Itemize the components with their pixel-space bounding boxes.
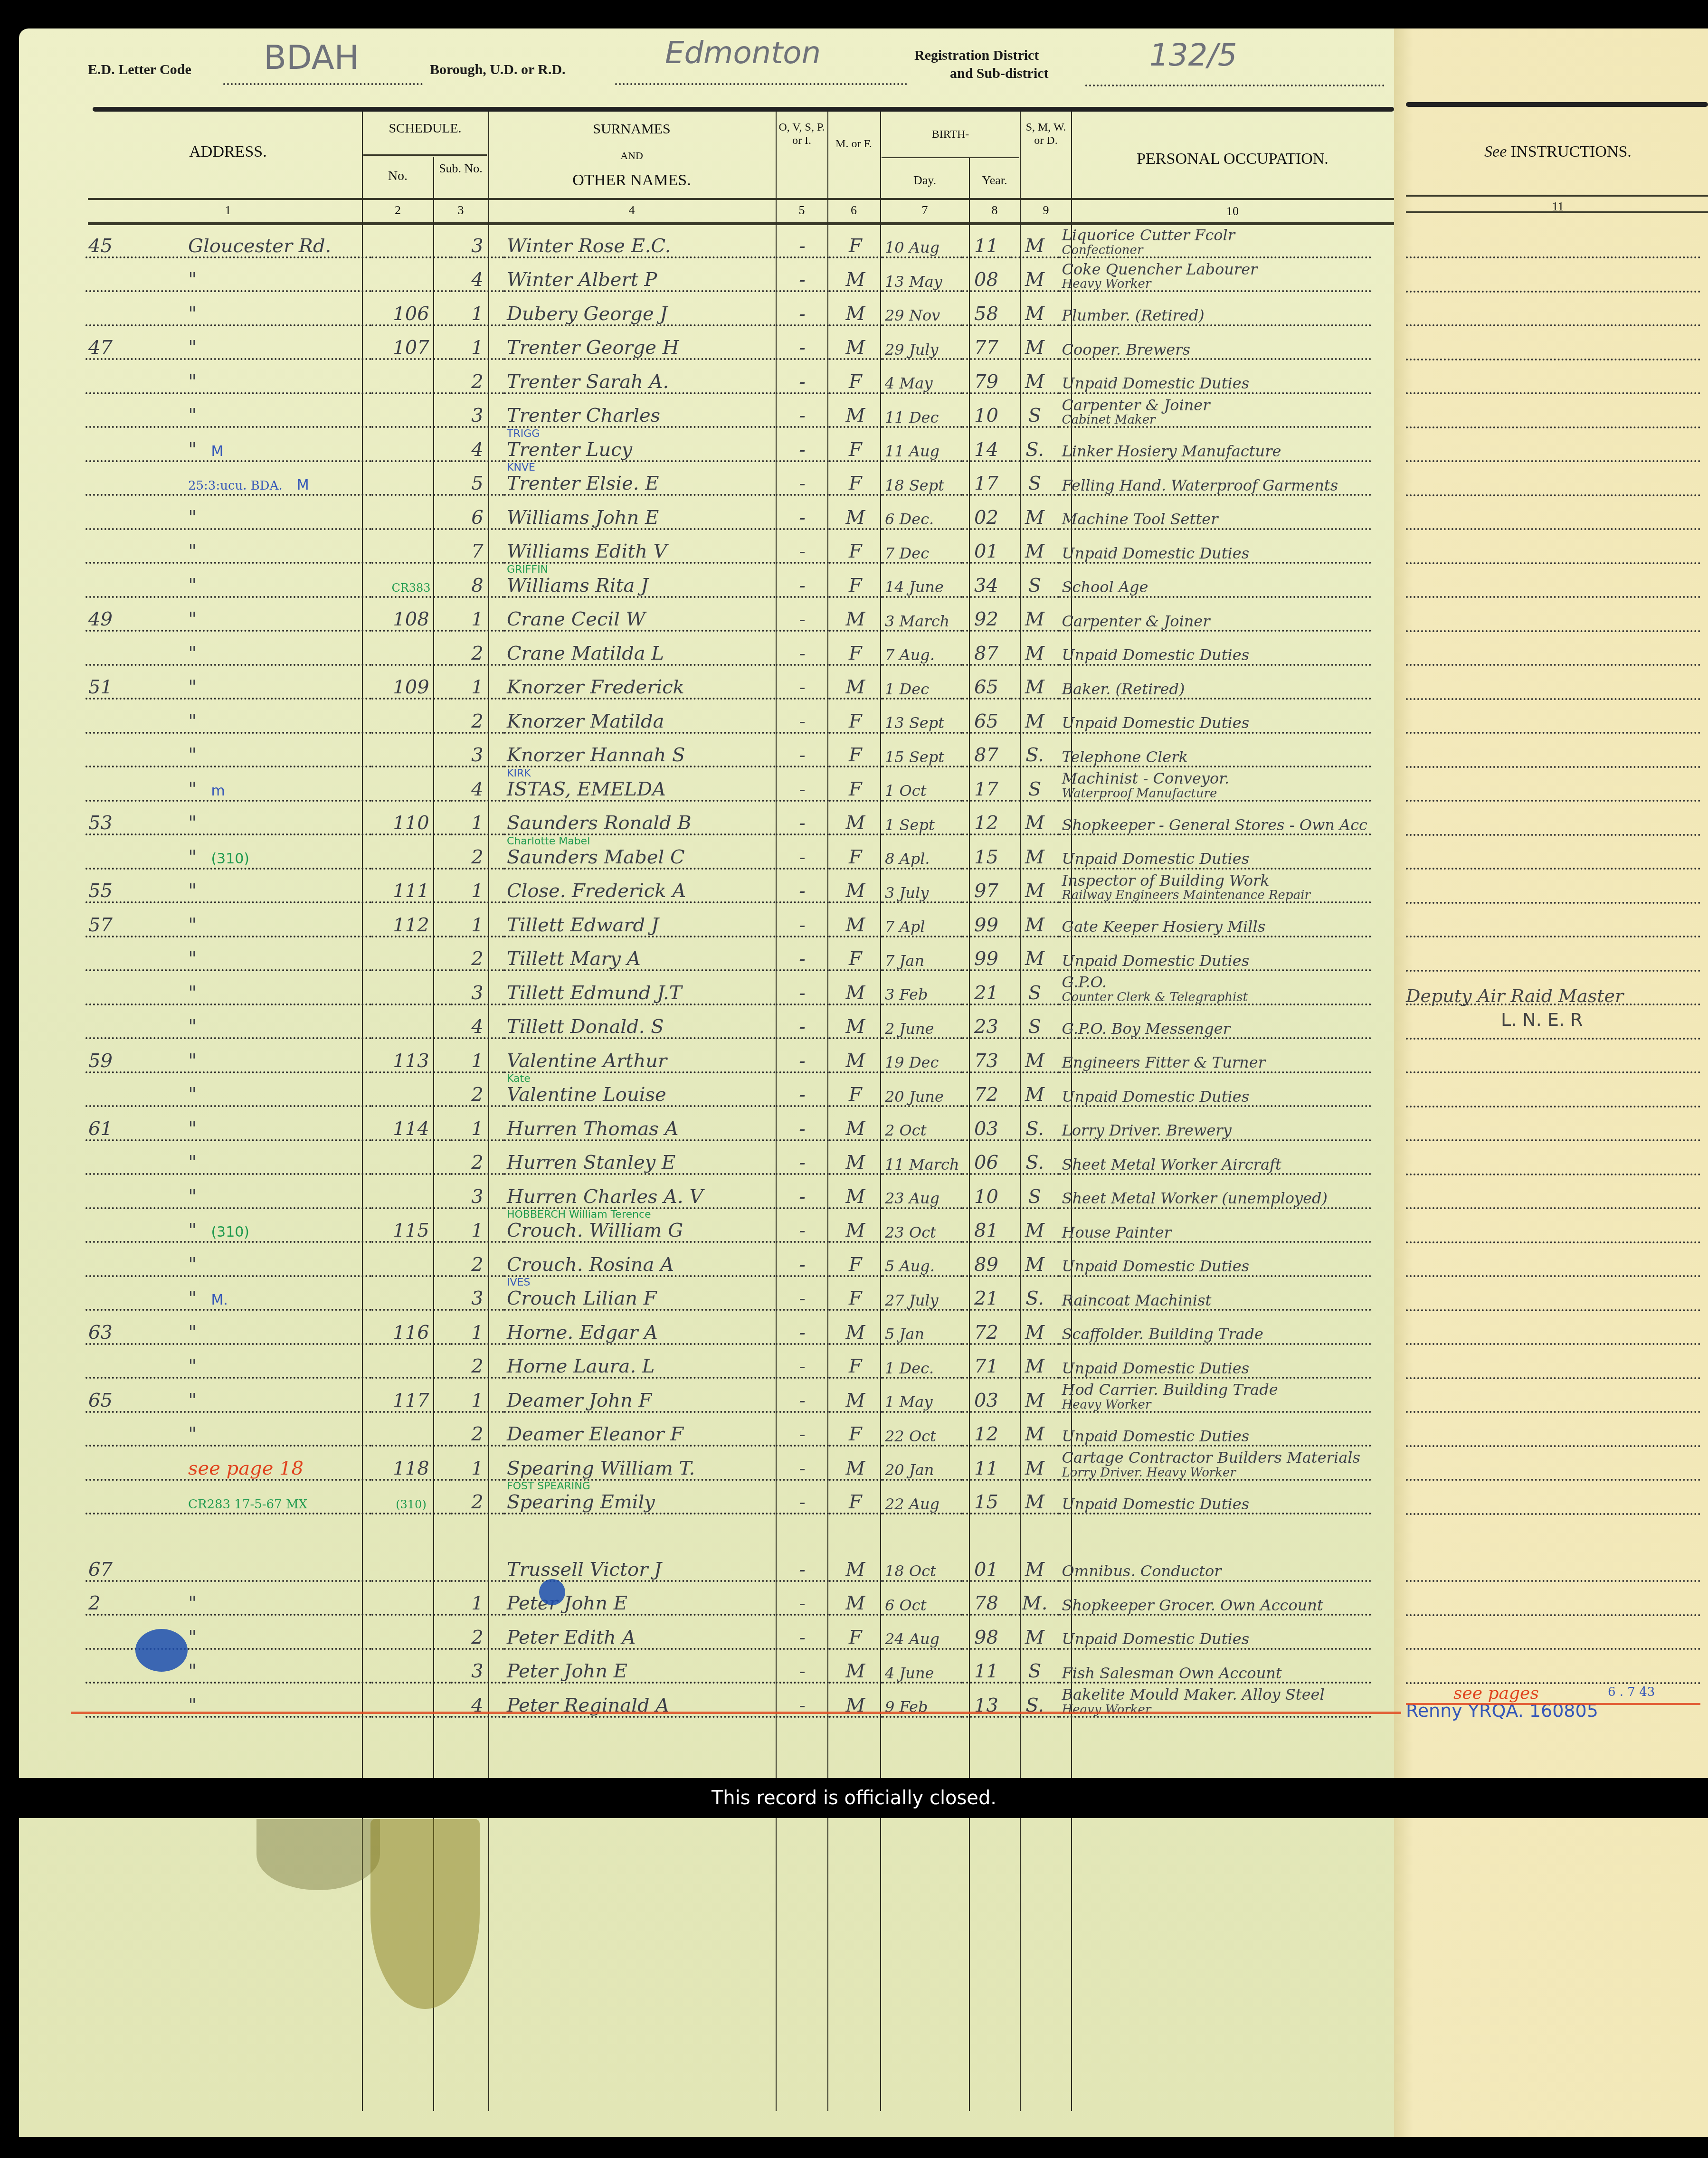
sex-value: F	[849, 1287, 862, 1309]
col11-dotted-line	[1406, 1174, 1700, 1175]
birth-day-cell: 11 Dec	[882, 393, 962, 427]
margin-annotation: M	[297, 477, 309, 493]
address-text: "	[188, 337, 197, 358]
ovspi-value: -	[799, 1050, 806, 1072]
col11-dotted-line	[1406, 1479, 1700, 1481]
ovspi-cell: -	[776, 970, 829, 1004]
occupation: Unpaid Domestic Duties	[1062, 1495, 1250, 1513]
table-row: "2Deamer Eleanor F-F22 Oct12MUnpaid Dome…	[85, 1412, 1371, 1446]
closed-record-banner: This record is officially closed.	[0, 1778, 1708, 1818]
marital-status: M	[1025, 710, 1044, 732]
col11-dotted-line	[1406, 1275, 1700, 1277]
sex-cell: F	[829, 1344, 882, 1378]
marital-status: M	[1025, 1050, 1044, 1072]
birth-day-cell: 20 June	[882, 1072, 962, 1107]
birth-day: 6 Oct	[885, 1596, 927, 1614]
occupation-cell: Inspector of Building WorkRailway Engine…	[1059, 869, 1371, 903]
birth-year: 21	[974, 1287, 998, 1309]
address-cell: "	[85, 631, 371, 665]
marital-status-cell: M	[1011, 665, 1059, 699]
person-name: Trenter Elsie. E	[507, 473, 659, 494]
person-name: Crane Matilda L	[507, 643, 664, 664]
address-cell: "	[85, 495, 371, 529]
name-cell: Tillett Edward J	[504, 902, 776, 937]
ovspi-cell: -	[776, 1004, 829, 1039]
col-birth-day-heading: Day.	[882, 173, 968, 188]
col11-dotted-line	[1406, 324, 1700, 326]
schedule-number: 116	[393, 1322, 429, 1344]
schedule-no-cell	[371, 1174, 451, 1208]
col-status-heading: S, M, W. or D.	[1021, 121, 1071, 147]
register-table: 45Gloucester Rd.3Winter Rose E.C.-F10 Au…	[85, 223, 1371, 1718]
person-name: Williams Rita J	[507, 575, 648, 596]
person-name: Trenter Charles	[507, 405, 660, 426]
sub-no-cell: 1	[451, 1446, 504, 1480]
sub-number: 1	[471, 1592, 483, 1614]
birth-day: 3 July	[885, 884, 929, 902]
marital-status: M	[1025, 914, 1044, 936]
address-text: "	[188, 915, 197, 936]
sex-value: M	[846, 1660, 865, 1682]
sub-number: 3	[471, 982, 483, 1004]
table-row: "4Tillett Donald. S-M2 June23SG.P.O. Boy…	[85, 1004, 1371, 1039]
birth-day: 1 Oct	[885, 782, 927, 800]
col-sub-no-heading: Sub. No.	[435, 161, 487, 176]
col-num-8: 8	[970, 203, 1019, 218]
ovspi-value: -	[799, 880, 806, 902]
sex-value: M	[846, 1458, 865, 1479]
occupation: Hod Carrier. Building Trade	[1062, 1381, 1278, 1399]
sub-number: 1	[471, 608, 483, 630]
occupation-cell: Machine Tool Setter	[1059, 495, 1371, 529]
marital-status: M	[1025, 1559, 1044, 1581]
address-text: "	[188, 439, 197, 460]
col11-dotted-line	[1406, 834, 1700, 836]
birth-day: 19 Dec	[885, 1053, 939, 1071]
birth-year-cell: 10	[962, 393, 1011, 427]
birth-day: 24 Aug	[885, 1630, 939, 1648]
table-row: 67Trussell Victor J-M18 Oct01MOmnibus. C…	[85, 1514, 1371, 1581]
birth-year-cell: 12	[962, 801, 1011, 835]
birth-day-cell: 4 June	[882, 1649, 962, 1683]
col11-dotted-line	[1406, 359, 1700, 360]
marital-status-cell: M	[1011, 699, 1059, 733]
name-cell: Trenter George H	[504, 325, 776, 360]
col11-dotted-line	[1406, 392, 1700, 394]
col11-dotted-line	[1406, 970, 1700, 972]
address-text: "	[188, 677, 197, 698]
occupation-cell: Shopkeeper - General Stores - Own Acc	[1059, 801, 1371, 835]
occupation-cell: Unpaid Domestic Duties	[1059, 1344, 1371, 1378]
address-text: "	[188, 711, 197, 732]
sex-value: M	[846, 1186, 865, 1208]
table-row: 63"1161Horne. Edgar A-M5 Jan72MScaffolde…	[85, 1310, 1371, 1344]
address-cell: 25:3:ucu. BDA.M	[85, 461, 371, 495]
sub-no-cell: 4	[451, 1004, 504, 1039]
schedule-no-cell	[371, 427, 451, 461]
sub-number: 2	[471, 948, 483, 970]
name-cell: Tillett Edmund J.T	[504, 970, 776, 1004]
address-text: "	[188, 507, 197, 528]
marital-status: M	[1025, 676, 1044, 698]
birth-day-cell: 7 Apl	[882, 902, 962, 937]
address-text: "	[188, 948, 197, 969]
header-subrule	[88, 198, 1394, 200]
ovspi-value: -	[799, 1423, 806, 1445]
person-name: Winter Rose E.C.	[507, 235, 671, 257]
ovspi-cell: -	[776, 1581, 829, 1615]
birth-year-cell: 15	[962, 1480, 1011, 1514]
col11-dotted-line	[1406, 426, 1700, 428]
address-text: "	[188, 303, 197, 324]
col11-dotted-line	[1406, 494, 1700, 496]
birth-day: 18 Sept	[885, 476, 944, 494]
address-cell: "	[85, 1004, 371, 1039]
col-schedule-no-heading: No.	[363, 169, 432, 184]
schedule-no-cell	[371, 1581, 451, 1615]
occupation: Lorry Driver. Brewery	[1062, 1121, 1232, 1139]
marital-status-cell: S	[1011, 393, 1059, 427]
occupation-cell: Liquorice Cutter FcolrConfectioner	[1059, 223, 1371, 257]
address-cell: "M	[85, 427, 371, 461]
occupation: Unpaid Domestic Duties	[1062, 374, 1250, 392]
sub-no-cell: 2	[451, 631, 504, 665]
person-name: Crouch. Rosina A	[507, 1254, 674, 1276]
occupation-cell: Felling Hand. Waterproof Garments	[1059, 461, 1371, 495]
sex-value: M	[846, 1592, 865, 1614]
sub-number: 2	[471, 1355, 483, 1377]
occupation: Coke Quencher Labourer	[1062, 260, 1258, 278]
birth-year-cell: 89	[962, 1242, 1011, 1276]
birth-day: 7 Apl	[885, 918, 925, 936]
sex-value: M	[846, 914, 865, 936]
occupation: Linker Hosiery Manufacture	[1062, 442, 1281, 460]
address-cell: 45Gloucester Rd.	[85, 223, 371, 257]
marital-status-cell: M	[1011, 869, 1059, 903]
ovspi-value: -	[799, 405, 806, 426]
sub-no-cell: 2	[451, 1412, 504, 1446]
birth-day-cell: 1 Sept	[882, 801, 962, 835]
birth-year: 11	[974, 1458, 998, 1479]
name-cell: Crane Matilda L	[504, 631, 776, 665]
birth-year-cell: 97	[962, 869, 1011, 903]
sub-number: 4	[471, 439, 483, 461]
sub-no-cell	[451, 1514, 504, 1581]
marital-status-cell: M	[1011, 495, 1059, 529]
birth-year-cell: 12	[962, 1412, 1011, 1446]
birth-day: 7 Dec	[885, 544, 929, 562]
marital-status: M	[1025, 1220, 1044, 1241]
dotted-rule	[1085, 85, 1385, 86]
occupation-cell: Hod Carrier. Building TradeHeavy Worker	[1059, 1378, 1371, 1412]
ovspi-cell: -	[776, 257, 829, 292]
name-amendment: FOST SPEARING	[507, 1481, 773, 1492]
col11-dotted-line	[1406, 1139, 1700, 1141]
sex-cell: F	[829, 631, 882, 665]
sex-cell: F	[829, 937, 882, 971]
birth-year: 06	[974, 1152, 998, 1174]
birth-year: 81	[974, 1220, 998, 1241]
occupation-cell: Unpaid Domestic Duties	[1059, 1072, 1371, 1107]
birth-year: 17	[974, 473, 998, 494]
sex-cell: M	[829, 1446, 882, 1480]
sub-number: 1	[471, 337, 483, 359]
marital-status-cell: S.	[1011, 1140, 1059, 1174]
address-cell: "	[85, 1072, 371, 1107]
col11-dotted-line	[1406, 1580, 1700, 1582]
birth-day: 14 June	[885, 578, 944, 596]
occupation: Fish Salesman Own Account	[1062, 1664, 1282, 1682]
schedule-no-cell: 112	[371, 902, 451, 937]
birth-day-cell: 3 March	[882, 597, 962, 631]
schedule-no-cell: CR383	[371, 563, 451, 597]
sex-value: F	[849, 473, 862, 494]
occupation: Unpaid Domestic Duties	[1062, 1630, 1250, 1648]
sub-no-cell: 2	[451, 1072, 504, 1107]
ovspi-value: -	[799, 643, 806, 664]
ovspi-value: -	[799, 710, 806, 732]
occupation: Inspector of Building Work	[1062, 871, 1270, 890]
address-number: 49	[88, 609, 169, 630]
schedule-number: 109	[393, 676, 429, 698]
table-row: 45Gloucester Rd.3Winter Rose E.C.-F10 Au…	[85, 223, 1371, 257]
sub-number: 1	[471, 1118, 483, 1140]
address-cell: 67	[85, 1514, 371, 1581]
marital-status-cell: M	[1011, 1480, 1059, 1514]
address-text: "	[188, 1322, 197, 1343]
birth-day-cell: 1 Oct	[882, 767, 962, 801]
birth-day: 13 May	[885, 273, 942, 291]
sex-value: F	[849, 846, 862, 868]
name-amendment: Kate	[507, 1074, 773, 1084]
sub-number: 2	[471, 643, 483, 664]
marital-status: S	[1028, 1016, 1041, 1038]
ovspi-value: -	[799, 1491, 806, 1513]
sex-cell: F	[829, 834, 882, 869]
address-text: "	[188, 1084, 197, 1105]
occupation: Felling Hand. Waterproof Garments	[1062, 476, 1338, 494]
schedule-no-cell	[371, 223, 451, 257]
ovspi-cell: -	[776, 1276, 829, 1310]
ovspi-cell: -	[776, 495, 829, 529]
col11-dotted-line	[1406, 1513, 1700, 1515]
birth-year: 79	[974, 371, 998, 393]
address-text: "	[188, 1254, 197, 1275]
col11-dotted-line	[1406, 562, 1700, 564]
birth-year-cell: 06	[962, 1140, 1011, 1174]
col11-dotted-line	[1406, 596, 1700, 598]
table-row: "4Winter Albert P-M13 May08MCoke Quenche…	[85, 257, 1371, 292]
ovspi-value: -	[799, 608, 806, 630]
schedule-number: (310)	[396, 1498, 427, 1511]
address-cell: "	[85, 529, 371, 563]
person-name: Deamer John F	[507, 1390, 652, 1411]
sub-no-cell: 1	[451, 801, 504, 835]
marital-status: M	[1025, 1084, 1044, 1106]
sub-no-cell: 1	[451, 291, 504, 325]
schedule-no-cell: 110	[371, 801, 451, 835]
person-name: Peter John E	[507, 1592, 627, 1614]
sub-number: 3	[471, 1660, 483, 1682]
sex-value: F	[849, 439, 862, 461]
marital-status-cell: M	[1011, 1378, 1059, 1412]
occupation-cell: Shopkeeper Grocer. Own Account	[1059, 1581, 1371, 1615]
address-text: "	[188, 1593, 197, 1614]
ovspi-value: -	[799, 1254, 806, 1276]
sub-number: 1	[471, 880, 483, 902]
birth-day: 3 March	[885, 612, 949, 630]
sub-number: 5	[471, 473, 483, 494]
table-row: "3Hurren Charles A. V-M23 Aug10SSheet Me…	[85, 1174, 1371, 1208]
sex-cell: M	[829, 869, 882, 903]
address-text: see page 18	[188, 1458, 304, 1479]
birth-year-cell: 01	[962, 1514, 1011, 1581]
marital-status: M	[1025, 303, 1044, 325]
table-row: "3Knorzer Hannah S-F15 Sept87S.Telephone…	[85, 733, 1371, 767]
stain	[256, 1819, 380, 1890]
col-schedule-heading: SCHEDULE.	[363, 121, 487, 136]
see-word: See	[1484, 143, 1507, 161]
schedule-number: 113	[393, 1050, 429, 1072]
col11-dotted-line	[1406, 698, 1700, 700]
marital-status-cell: M	[1011, 223, 1059, 257]
sub-no-cell: 1	[451, 665, 504, 699]
col-ovspi-heading: O, V, S, P. or I.	[777, 121, 826, 147]
birth-day-cell: 13 Sept	[882, 699, 962, 733]
address-cell: 59"	[85, 1038, 371, 1072]
birth-year: 17	[974, 778, 998, 800]
table-row: "2Hurren Stanley E-M11 March06S.Sheet Me…	[85, 1140, 1371, 1174]
occupation-cell: G.P.O.Counter Clerk & Telegraphist	[1059, 970, 1371, 1004]
occupation: Engineers Fitter & Turner	[1062, 1053, 1265, 1071]
margin-annotation: m	[211, 783, 225, 799]
table-row: "3Tillett Edmund J.T-M3 Feb21SG.P.O.Coun…	[85, 970, 1371, 1004]
schedule-no-cell: (310)	[371, 1480, 451, 1514]
name-cell: Knorzer Hannah S	[504, 733, 776, 767]
schedule-no-cell	[371, 733, 451, 767]
birth-day: 29 Nov	[885, 306, 940, 324]
birth-year-cell: 73	[962, 1038, 1011, 1072]
address-text: "	[188, 405, 197, 426]
birth-year-cell: 11	[962, 1649, 1011, 1683]
marital-status-cell: S.	[1011, 427, 1059, 461]
col-num-4: 4	[489, 203, 774, 218]
col11-dotted-line	[1406, 1106, 1700, 1107]
marital-status-cell: S	[1011, 1004, 1059, 1039]
address-number: 55	[88, 880, 169, 901]
occupation: G.P.O.	[1062, 973, 1107, 991]
occupation: Unpaid Domestic Duties	[1062, 1088, 1250, 1106]
occupation-line-2: Lorry Driver. Heavy Worker	[1062, 1467, 1368, 1479]
birth-day-cell: 6 Oct	[882, 1581, 962, 1615]
birth-year-cell: 71	[962, 1344, 1011, 1378]
ovspi-value: -	[799, 371, 806, 393]
birth-year-cell: 15	[962, 834, 1011, 869]
birth-day: 7 Aug.	[885, 646, 935, 664]
person-name: ISTAS, EMELDA	[507, 778, 666, 800]
occupation-cell: Carpenter & Joiner	[1059, 597, 1371, 631]
birth-day-cell: 8 Apl.	[882, 834, 962, 869]
sex-cell: M	[829, 495, 882, 529]
sex-cell: M	[829, 1514, 882, 1581]
marital-status: M	[1025, 235, 1044, 257]
schedule-number: 115	[393, 1220, 429, 1241]
name-cell: Horne. Edgar A	[504, 1310, 776, 1344]
registration-label-2: and Sub-district	[950, 66, 1049, 82]
birth-year: 73	[974, 1050, 998, 1072]
col-num-10: 10	[1073, 204, 1392, 218]
birth-day: 1 Sept	[885, 816, 935, 834]
sub-no-cell: 3	[451, 393, 504, 427]
table-row: "2Tillett Mary A-F7 Jan99MUnpaid Domesti…	[85, 937, 1371, 971]
sub-no-cell: 4	[451, 257, 504, 292]
birth-day-cell: 2 Oct	[882, 1106, 962, 1140]
sex-value: F	[849, 575, 862, 596]
occupation-cell: Raincoat Machinist	[1059, 1276, 1371, 1310]
marital-status: M	[1025, 507, 1044, 529]
occupation-cell: Sheet Metal Worker Aircraft	[1059, 1140, 1371, 1174]
ovspi-cell: -	[776, 1072, 829, 1107]
table-row: "3Peter John E-M4 June11SFish Salesman O…	[85, 1649, 1371, 1683]
marital-status-cell: M	[1011, 1446, 1059, 1480]
sub-number: 2	[471, 710, 483, 732]
table-row: 65"1171Deamer John F-M1 May03MHod Carrie…	[85, 1378, 1371, 1412]
occupation-cell: Unpaid Domestic Duties	[1059, 1615, 1371, 1649]
schedule-no-cell	[371, 393, 451, 427]
sex-cell: M	[829, 665, 882, 699]
col11-dotted-line	[1406, 291, 1700, 293]
name-cell: Trenter Sarah A.	[504, 359, 776, 393]
birth-day-cell: 19 Dec	[882, 1038, 962, 1072]
address-cell: 57"	[85, 902, 371, 937]
occupation-cell: Carpenter & JoinerCabinet Maker	[1059, 393, 1371, 427]
birth-year: 58	[974, 303, 998, 325]
person-name: Crouch Lilian F	[507, 1287, 656, 1309]
sex-cell: F	[829, 1480, 882, 1514]
occupation: Sheet Metal Worker Aircraft	[1062, 1155, 1281, 1174]
birth-year: 10	[974, 1186, 998, 1208]
birth-day: 11 Dec	[885, 408, 939, 426]
col11-dotted-line	[1406, 1614, 1700, 1616]
table-row: 53"1101Saunders Ronald B-M1 Sept12MShopk…	[85, 801, 1371, 835]
marital-status-cell: M	[1011, 1310, 1059, 1344]
address-text: "	[188, 1627, 197, 1648]
marital-status: M.	[1022, 1592, 1048, 1614]
sex-cell: M	[829, 1581, 882, 1615]
col-occupation-heading: PERSONAL OCCUPATION.	[1073, 150, 1392, 168]
person-name: Winter Albert P	[507, 269, 657, 291]
birth-day: 23 Oct	[885, 1223, 936, 1241]
registration-label: Registration District	[914, 47, 1039, 64]
birth-year: 10	[974, 405, 998, 426]
marital-status-cell: M	[1011, 937, 1059, 971]
sex-value: F	[849, 643, 862, 664]
name-cell: Peter Edith A	[504, 1615, 776, 1649]
occupation-line-2: Counter Clerk & Telegraphist	[1062, 991, 1368, 1003]
birth-day-cell: 5 Aug.	[882, 1242, 962, 1276]
birth-year-cell: 21	[962, 970, 1011, 1004]
person-name: Tillett Donald. S	[507, 1016, 664, 1038]
sub-number: 2	[471, 1423, 483, 1445]
marital-status-cell: S	[1011, 1649, 1059, 1683]
col11-dotted-line	[1406, 1682, 1700, 1684]
occupation: Liquorice Cutter Fcolr	[1062, 226, 1235, 244]
ovspi-value: -	[799, 1287, 806, 1309]
birth-day-cell: 24 Aug	[882, 1615, 962, 1649]
sex-cell: F	[829, 1412, 882, 1446]
sub-number: 4	[471, 269, 483, 291]
name-cell: Valentine Arthur	[504, 1038, 776, 1072]
